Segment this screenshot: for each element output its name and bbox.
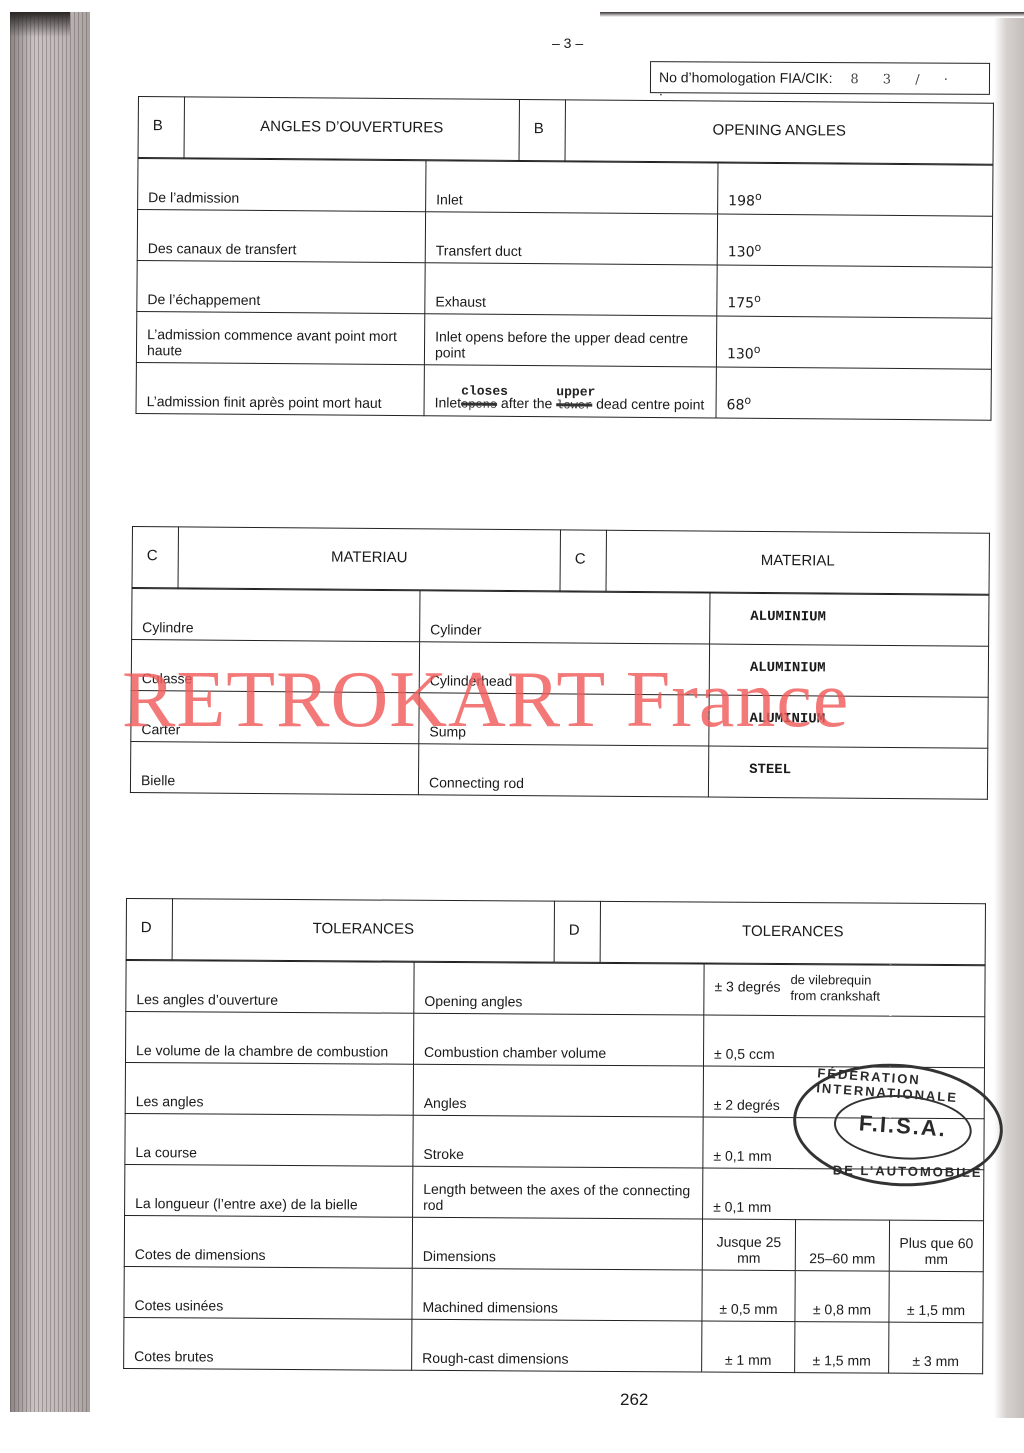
label-fr: Carter: [131, 690, 419, 743]
section-title-en: MATERIAL: [606, 530, 989, 594]
label-en: Cylinderhead: [419, 642, 709, 695]
section-letter: D: [126, 899, 172, 960]
table-row: Culasse Cylinderhead ALUMINIUM: [131, 640, 988, 698]
table-row: Cylindre Cylinder ALUMINIUM: [132, 589, 989, 647]
tolerance-value: ± 0,5 ccm: [703, 1015, 984, 1068]
label-fr: Cylindre: [132, 589, 420, 642]
page-number-footer: 262: [620, 1390, 648, 1410]
label-fr: Le volume de la chambre de combustion: [125, 1012, 413, 1065]
typed-correction: openscloses: [461, 395, 497, 412]
tolerance-value: ± 3 mm: [889, 1322, 983, 1374]
label-en: Cylinder: [420, 591, 710, 644]
label-fr: Des canaux de transfert: [137, 210, 425, 263]
table-row: Le volume de la chambre de combustion Co…: [125, 1012, 984, 1068]
section-letter: D: [554, 901, 600, 962]
range-header: Plus que 60 mm: [889, 1220, 983, 1272]
label-fr: Culasse: [131, 640, 419, 693]
section-title-fr: MATERIAU: [178, 527, 560, 591]
page-number-top: – 3 –: [552, 35, 583, 51]
label-en-corrected: Inletopenscloses after the lowerupper de…: [424, 365, 716, 418]
material-value: ALUMINIUM: [709, 695, 988, 748]
table-row: De l’échappement Exhaust 175o: [137, 260, 992, 318]
label-en: Stroke: [413, 1115, 703, 1168]
tolerance-value: ± 3 degrés de vilebrequinfrom crankshaft: [704, 964, 985, 1017]
label-fr: La longueur (l’entre axe) de la bielle: [125, 1164, 413, 1217]
section-b-opening-angles: B ANGLES D’OUVERTURES B OPENING ANGLES D…: [136, 96, 994, 421]
label-en: Length between the axes of the connectin…: [413, 1166, 703, 1219]
table-row: Carter Sump ALUMINIUM: [131, 690, 988, 748]
label-en: Machined dimensions: [412, 1268, 702, 1321]
stamp-ring-bottom: DE L’AUTOMOBILE: [833, 1162, 983, 1180]
section-title-fr: ANGLES D’OUVERTURES: [184, 97, 519, 161]
tolerance-value: ± 1 mm: [702, 1321, 795, 1373]
label-en: Inlet: [426, 161, 718, 214]
material-value: ALUMINIUM: [710, 593, 989, 646]
table-row: Cotes usinées Machined dimensions ± 0,5 …: [124, 1266, 983, 1322]
label-en: Angles: [413, 1064, 703, 1117]
section-letter: B: [519, 99, 565, 160]
label-fr: Les angles d’ouverture: [126, 961, 414, 1014]
label-en: Dimensions: [412, 1217, 702, 1270]
range-header: Jusque 25 mm: [702, 1219, 795, 1271]
value-cell: 175o: [717, 265, 992, 318]
label-fr: La course: [125, 1113, 413, 1166]
section-letter: C: [560, 530, 606, 591]
section-letter: C: [132, 527, 178, 588]
section-title-en: TOLERANCES: [600, 901, 985, 964]
label-fr: Cotes usinées: [124, 1266, 412, 1319]
table-row: Cotes brutes Rough-cast dimensions ± 1 m…: [124, 1317, 983, 1373]
label-en: Opening angles: [414, 962, 704, 1015]
material-value: ALUMINIUM: [709, 644, 988, 697]
page-shadow-edge: [994, 18, 1024, 1418]
value-cell: 130o: [716, 316, 991, 369]
range-header: 25–60 mm: [795, 1220, 889, 1272]
section-letter: B: [138, 97, 184, 158]
label-fr: Cotes de dimensions: [124, 1215, 412, 1268]
book-spine-edge: [10, 12, 90, 1412]
homologation-box: No d’homologation FIA/CIK: 8 3 / · ·: [650, 61, 990, 95]
table-row: L’admission commence avant point mort ha…: [136, 311, 991, 369]
scan-shadow: [600, 12, 1024, 17]
label-en: Combustion chamber volume: [413, 1013, 703, 1066]
typed-correction: lowerupper: [556, 395, 592, 412]
table-row: De l’admission Inlet 198o: [138, 159, 993, 217]
table-row: Des canaux de transfert Transfert duct 1…: [137, 210, 992, 268]
tolerance-value: ± 0,8 mm: [795, 1271, 889, 1323]
section-title-fr: TOLERANCES: [172, 899, 554, 962]
label-en: Connecting rod: [418, 744, 708, 797]
value-cell: 198o: [718, 163, 993, 216]
label-en: Sump: [419, 693, 709, 746]
label-en: Rough-cast dimensions: [412, 1319, 702, 1372]
label-fr: Bielle: [130, 741, 418, 794]
label-en: Transfert duct: [425, 212, 717, 265]
section-c-material: C MATERIAU C MATERIAL Cylindre Cylinder …: [130, 526, 990, 800]
label-en: Inlet opens before the upper dead centre…: [424, 314, 716, 367]
tolerance-value: ± 1,5 mm: [795, 1322, 889, 1374]
label-fr: L’admission finit après point mort haut: [136, 362, 424, 415]
tolerance-value: ± 0,5 mm: [702, 1270, 795, 1322]
value-cell: 130o: [717, 214, 992, 267]
tolerance-value: ± 1,5 mm: [889, 1271, 983, 1323]
value-cell: 68o: [716, 367, 991, 420]
label-fr: Cotes brutes: [124, 1317, 412, 1370]
dimension-header-row: Cotes de dimensions Dimensions Jusque 25…: [124, 1215, 983, 1271]
label-fr: De l’admission: [138, 159, 426, 212]
homologation-label: No d’homologation FIA/CIK:: [659, 69, 833, 86]
table-row: L’admission finit après point mort haut …: [136, 362, 991, 420]
label-en: Exhaust: [425, 263, 717, 316]
label-fr: De l’échappement: [137, 260, 425, 313]
section-title-en: OPENING ANGLES: [565, 100, 993, 164]
table-row: Les angles d’ouverture Opening angles ± …: [126, 961, 985, 1017]
label-fr: Les angles: [125, 1063, 413, 1116]
material-value: STEEL: [708, 746, 987, 799]
label-fr: L’admission commence avant point mort ha…: [136, 311, 424, 364]
table-row: Bielle Connecting rod STEEL: [130, 741, 987, 799]
